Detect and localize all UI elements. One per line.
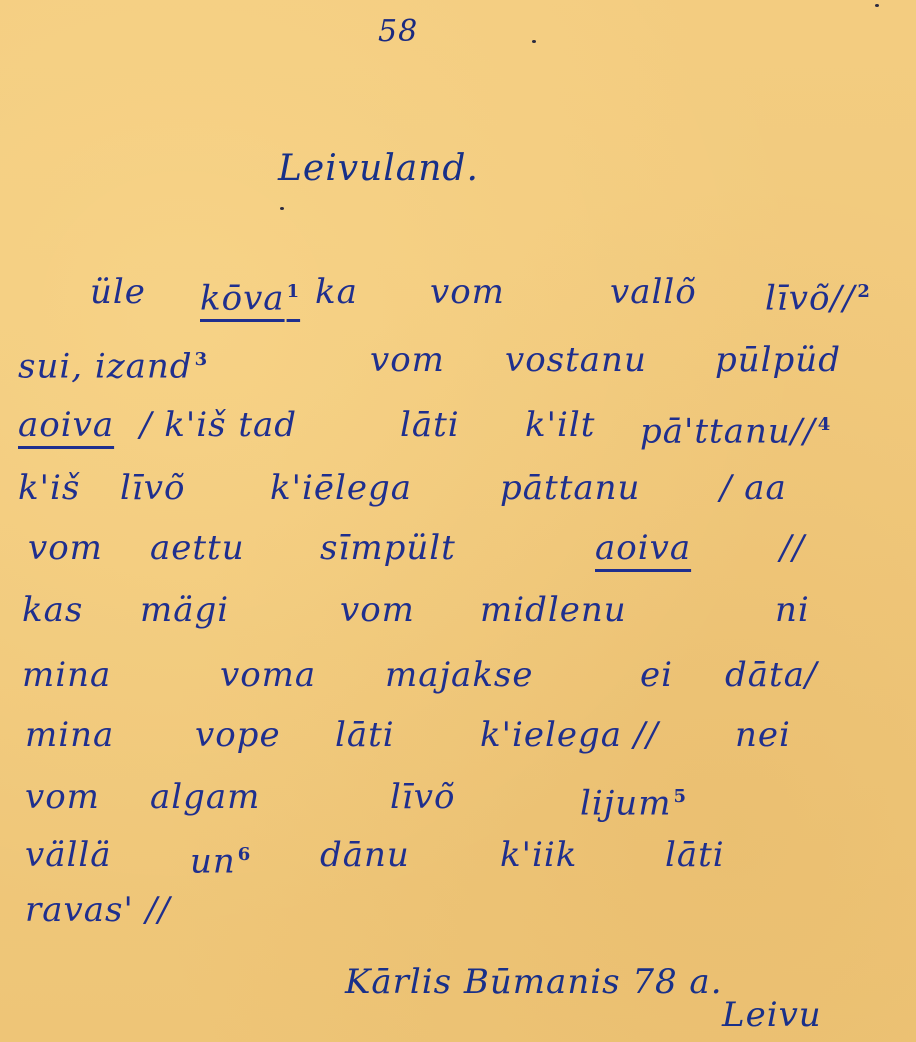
- ink-speck: [280, 207, 284, 210]
- manuscript-word: aoiva: [595, 528, 691, 568]
- manuscript-word: līvõ//2: [765, 272, 871, 318]
- manuscript-word: vostanu: [505, 340, 647, 380]
- manuscript-word: aoiva: [18, 405, 114, 445]
- manuscript-word: mägi: [140, 590, 229, 630]
- manuscript-word: kōva1: [200, 272, 300, 318]
- word-text: ka: [315, 272, 358, 312]
- word-text: ravas' //: [25, 890, 171, 930]
- word-text: vomа: [220, 655, 316, 695]
- word-text: vom: [25, 777, 100, 817]
- footnote-marker: 4: [818, 414, 832, 435]
- word-text: un: [190, 841, 236, 881]
- manuscript-word: lāti: [400, 405, 460, 445]
- footnote-marker: 1: [287, 281, 301, 302]
- word-text: k'iēlega: [270, 468, 412, 508]
- manuscript-word: / aa: [720, 468, 787, 508]
- manuscript-word: vomа: [220, 655, 316, 695]
- word-text: / k'iš tad: [140, 405, 297, 445]
- manuscript-word: majakse: [385, 655, 534, 695]
- word-text: mina: [22, 655, 111, 695]
- word-text: k'ielega //: [480, 715, 659, 755]
- manuscript-word: vom: [25, 777, 100, 817]
- word-text: sui, izand: [18, 346, 193, 386]
- footnote-marker: 2: [857, 281, 871, 302]
- word-text: vom: [370, 340, 445, 380]
- footnote-marker: 5: [673, 786, 687, 807]
- manuscript-word: ei: [640, 655, 673, 695]
- manuscript-word: vope: [195, 715, 281, 755]
- word-text: dānu: [320, 835, 410, 875]
- word-text: aoiva: [18, 405, 114, 445]
- manuscript-word: dāta/: [725, 655, 817, 695]
- word-text: lāti: [400, 405, 460, 445]
- word-text: vällä: [25, 835, 112, 875]
- manuscript-word: vom: [340, 590, 415, 630]
- manuscript-word: lijum5: [580, 777, 687, 823]
- word-text: k'ilt: [525, 405, 595, 445]
- word-text: k'iš: [18, 468, 80, 508]
- word-text: vope: [195, 715, 281, 755]
- manuscript-word: algam: [150, 777, 260, 817]
- word-text: algam: [150, 777, 260, 817]
- manuscript-word: vallõ: [610, 272, 697, 312]
- manuscript-word: midlenu: [480, 590, 627, 630]
- word-text: ni: [775, 590, 810, 630]
- manuscript-word: aettu: [150, 528, 245, 568]
- word-text: üle: [90, 272, 146, 312]
- manuscript-word: līvõ: [120, 468, 185, 508]
- word-text: kōva: [200, 278, 285, 318]
- manuscript-word: lāti: [335, 715, 395, 755]
- ink-speck: [532, 40, 536, 43]
- word-text: //: [780, 528, 805, 568]
- page-number: 58: [378, 14, 418, 49]
- word-text: pūlpüd: [715, 340, 841, 380]
- word-text: lijum: [580, 783, 671, 823]
- manuscript-page: 58 Leivuland. ülekōva1kavomvallõlīvõ//2s…: [0, 0, 916, 1042]
- word-text: vom: [340, 590, 415, 630]
- word-text: pā'ttanu//: [640, 411, 816, 451]
- word-text: vom: [430, 272, 505, 312]
- manuscript-word: ka: [315, 272, 358, 312]
- footnote-marker: 6: [238, 844, 252, 865]
- word-text: nei: [735, 715, 791, 755]
- author-place: Leivu: [722, 995, 822, 1035]
- manuscript-word: lāti: [665, 835, 725, 875]
- word-text: ei: [640, 655, 673, 695]
- poem-title: Leivuland.: [278, 148, 479, 189]
- manuscript-word: k'ilt: [525, 405, 595, 445]
- word-text: midlenu: [480, 590, 627, 630]
- manuscript-word: vom: [28, 528, 103, 568]
- manuscript-word: dānu: [320, 835, 410, 875]
- ink-speck: [875, 4, 879, 7]
- manuscript-word: üle: [90, 272, 146, 312]
- manuscript-word: //: [780, 528, 805, 568]
- word-text: sīmpült: [320, 528, 456, 568]
- word-text: līvõ//: [765, 278, 855, 318]
- manuscript-word: k'ielega //: [480, 715, 659, 755]
- manuscript-word: / k'iš tad: [140, 405, 297, 445]
- word-text: dāta/: [725, 655, 817, 695]
- manuscript-word: pā'ttanu//4: [640, 405, 831, 451]
- footnote-marker: 3: [195, 349, 209, 370]
- manuscript-word: k'iš: [18, 468, 80, 508]
- word-text: / aa: [720, 468, 787, 508]
- manuscript-word: kas: [22, 590, 83, 630]
- word-text: aoiva: [595, 528, 691, 568]
- manuscript-word: k'iēlega: [270, 468, 412, 508]
- manuscript-word: līvõ: [390, 777, 455, 817]
- manuscript-word: mina: [22, 655, 111, 695]
- manuscript-word: k'iik: [500, 835, 577, 875]
- manuscript-word: pūlpüd: [715, 340, 841, 380]
- word-text: mina: [25, 715, 114, 755]
- manuscript-word: vom: [370, 340, 445, 380]
- word-text: kas: [22, 590, 83, 630]
- manuscript-word: pāttanu: [500, 468, 640, 508]
- word-text: vostanu: [505, 340, 647, 380]
- word-text: lāti: [335, 715, 395, 755]
- word-text: pāttanu: [500, 468, 640, 508]
- manuscript-word: ni: [775, 590, 810, 630]
- manuscript-word: vom: [430, 272, 505, 312]
- word-text: līvõ: [120, 468, 185, 508]
- manuscript-word: vällä: [25, 835, 112, 875]
- word-text: vallõ: [610, 272, 697, 312]
- author-signature: Kārlis Būmanis 78 a.: [345, 962, 723, 1002]
- word-text: mägi: [140, 590, 229, 630]
- word-text: majakse: [385, 655, 534, 695]
- word-text: vom: [28, 528, 103, 568]
- manuscript-word: sui, izand3: [18, 340, 208, 386]
- word-text: līvõ: [390, 777, 455, 817]
- word-text: aettu: [150, 528, 245, 568]
- manuscript-word: un6: [190, 835, 251, 881]
- word-text: k'iik: [500, 835, 577, 875]
- manuscript-word: nei: [735, 715, 791, 755]
- word-text: lāti: [665, 835, 725, 875]
- manuscript-word: ravas' //: [25, 890, 171, 930]
- manuscript-word: sīmpült: [320, 528, 456, 568]
- manuscript-word: mina: [25, 715, 114, 755]
